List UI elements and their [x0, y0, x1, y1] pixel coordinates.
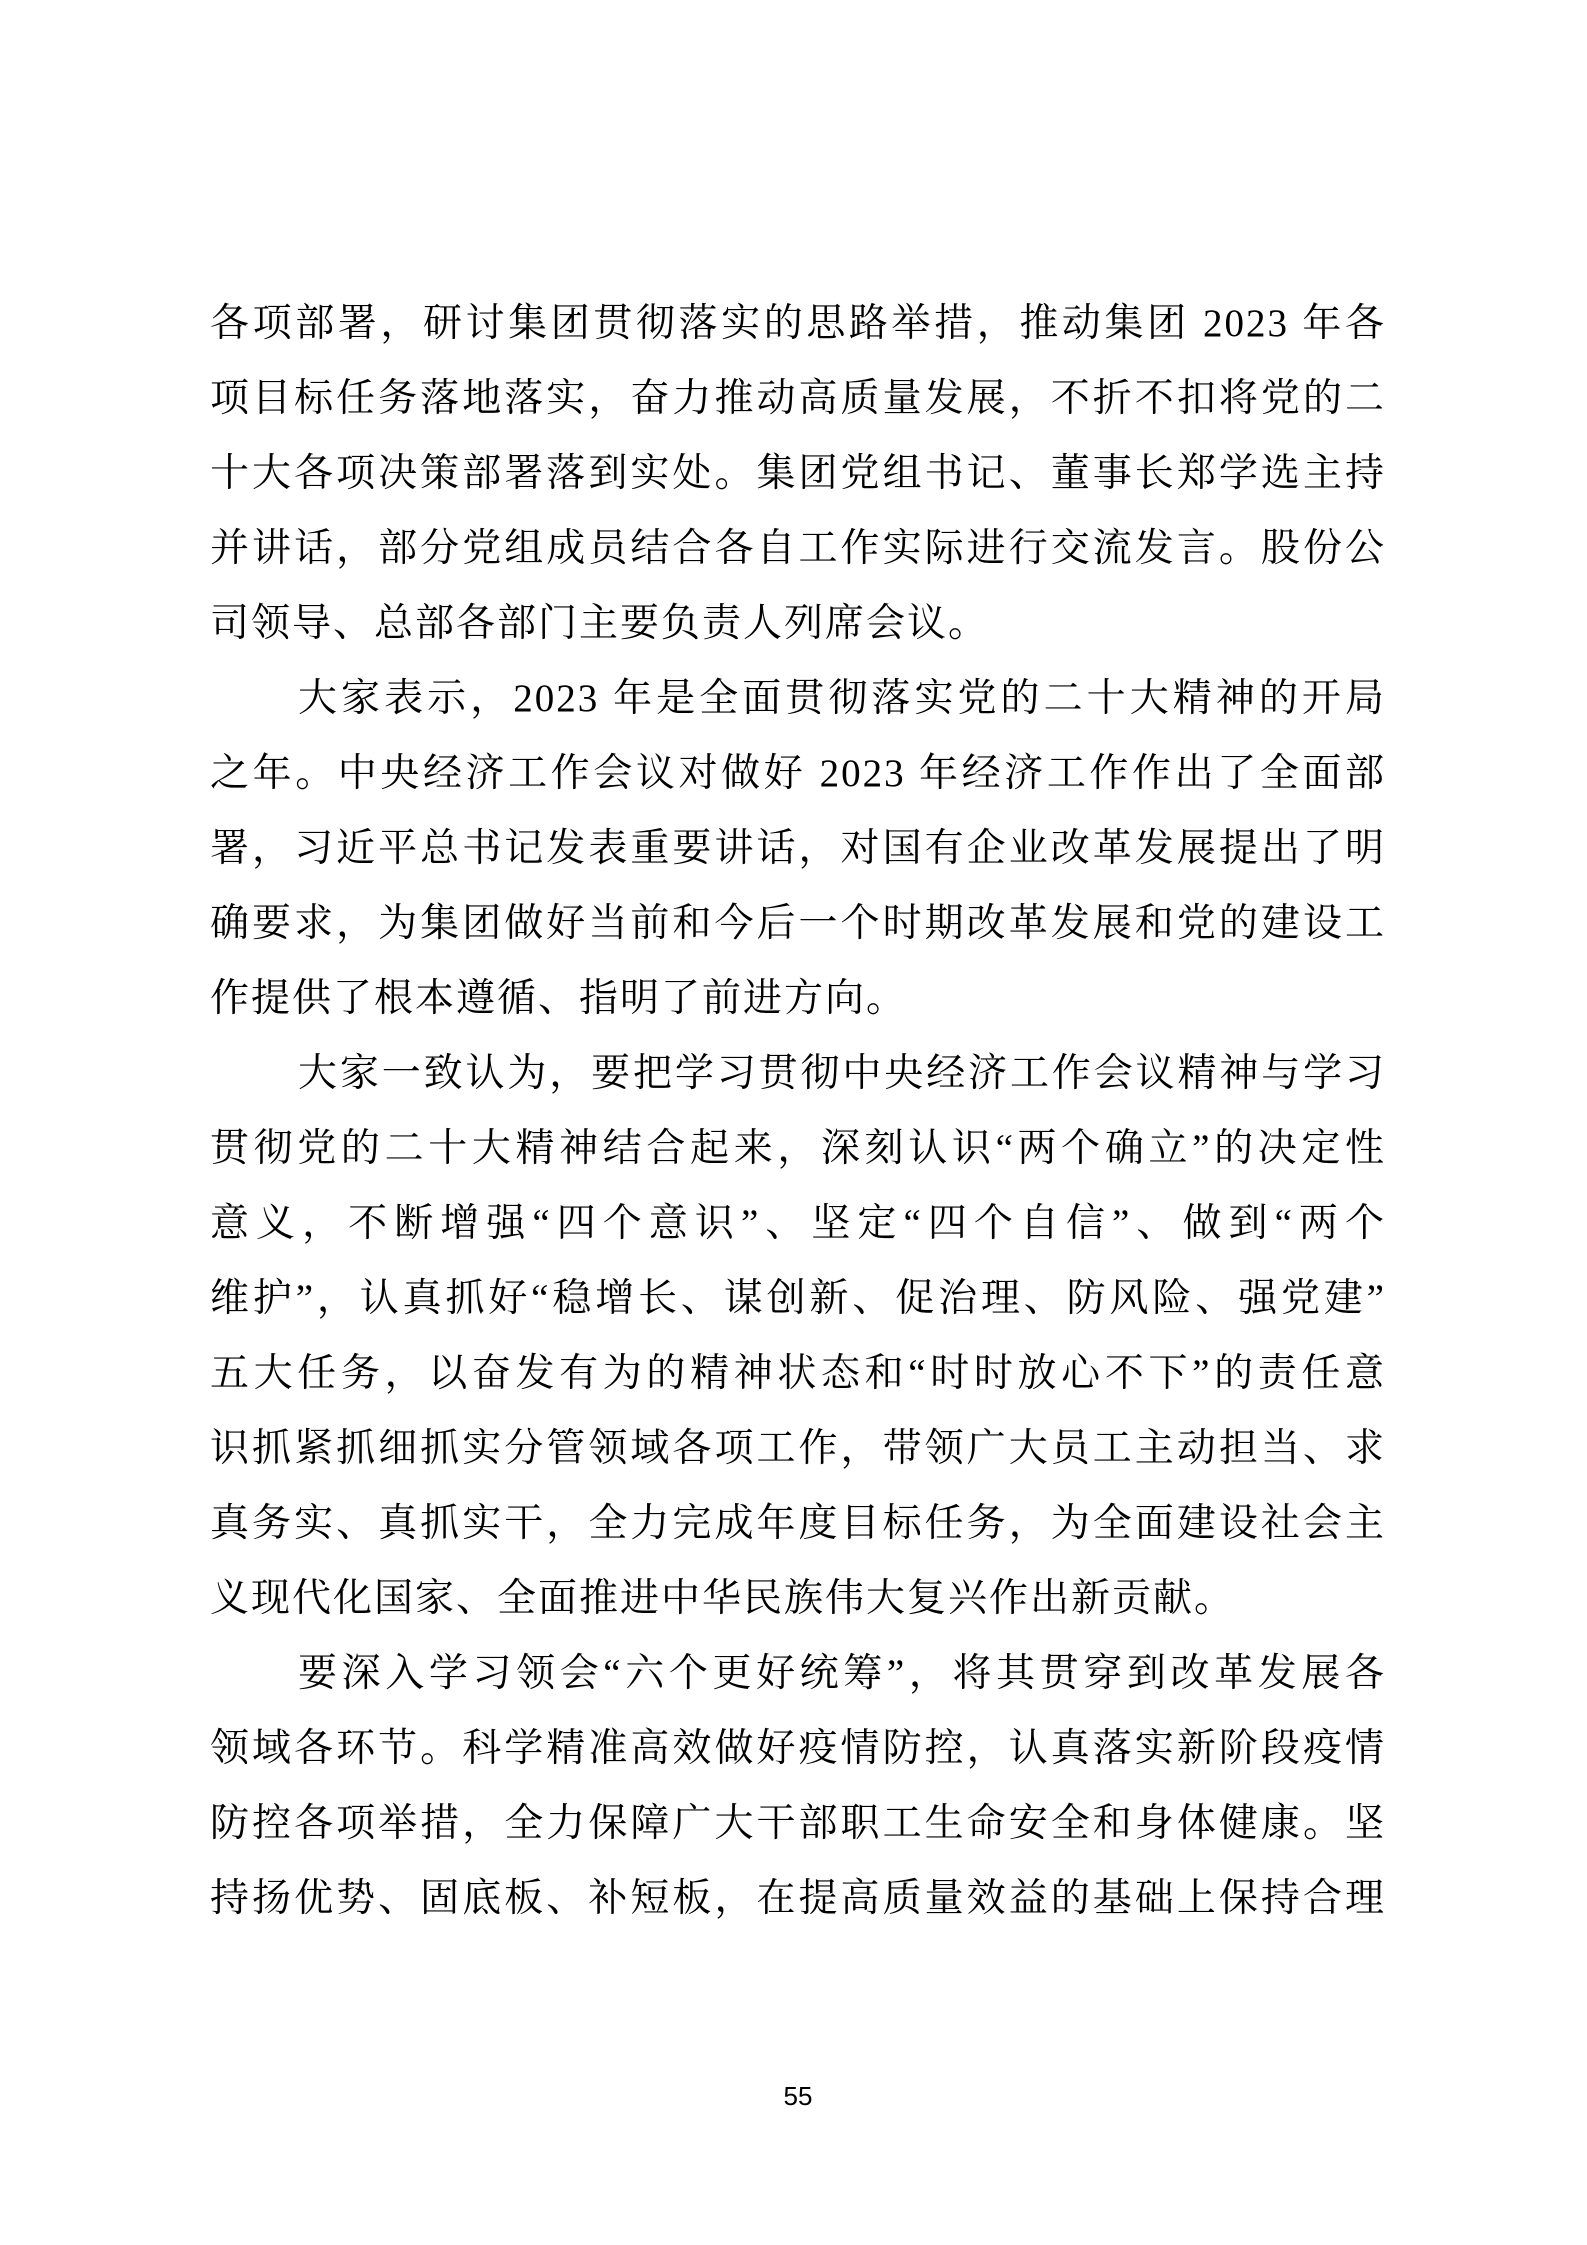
paragraph-line: 署，习近平总书记发表重要讲话，对国有企业改革发展提出了明: [210, 811, 1386, 886]
page-number: 55: [210, 2083, 1386, 2109]
paragraph-line: 五大任务，以奋发有为的精神状态和“时时放心不下”的责任意: [210, 1336, 1386, 1411]
paragraph-line: 司领导、总部各部门主要负责人列席会议。: [210, 586, 1386, 661]
paragraph-line: 大家一致认为，要把学习贯彻中央经济工作会议精神与学习: [210, 1036, 1386, 1111]
paragraph-line: 大家表示，2023 年是全面贯彻落实党的二十大精神的开局: [210, 661, 1386, 736]
paragraph-line: 意义，不断增强“四个意识”、坚定“四个自信”、做到“两个: [210, 1186, 1386, 1261]
paragraph-line: 持扬优势、固底板、补短板，在提高质量效益的基础上保持合理: [210, 1861, 1386, 1936]
paragraph-line: 防控各项举措，全力保障广大干部职工生命安全和身体健康。坚: [210, 1786, 1386, 1861]
paragraph-line: 之年。中央经济工作会议对做好 2023 年经济工作作出了全面部: [210, 736, 1386, 811]
paragraph-line: 维护”，认真抓好“稳增长、谋创新、促治理、防风险、强党建”: [210, 1261, 1386, 1336]
paragraph-line: 要深入学习领会“六个更好统筹”，将其贯穿到改革发展各: [210, 1636, 1386, 1711]
paragraph-line: 义现代化国家、全面推进中华民族伟大复兴作出新贡献。: [210, 1561, 1386, 1636]
paragraph-line: 各项部署，研讨集团贯彻落实的思路举措，推动集团 2023 年各: [210, 286, 1386, 361]
body-text: 各项部署，研讨集团贯彻落实的思路举措，推动集团 2023 年各 项目标任务落地落…: [210, 286, 1386, 1936]
paragraph-line: 领域各环节。科学精准高效做好疫情防控，认真落实新阶段疫情: [210, 1711, 1386, 1786]
paragraph-line: 确要求，为集团做好当前和今后一个时期改革发展和党的建设工: [210, 886, 1386, 961]
paragraph-line: 作提供了根本遵循、指明了前进方向。: [210, 961, 1386, 1036]
paragraph-line: 贯彻党的二十大精神结合起来，深刻认识“两个确立”的决定性: [210, 1111, 1386, 1186]
paragraph-line: 真务实、真抓实干，全力完成年度目标任务，为全面建设社会主: [210, 1486, 1386, 1561]
paragraph-line: 识抓紧抓细抓实分管领域各项工作，带领广大员工主动担当、求: [210, 1411, 1386, 1486]
document-page: 各项部署，研讨集团贯彻落实的思路举措，推动集团 2023 年各 项目标任务落地落…: [0, 0, 1587, 2245]
paragraph-line: 十大各项决策部署落到实处。集团党组书记、董事长郑学选主持: [210, 436, 1386, 511]
paragraph-line: 并讲话，部分党组成员结合各自工作实际进行交流发言。股份公: [210, 511, 1386, 586]
paragraph-line: 项目标任务落地落实，奋力推动高质量发展，不折不扣将党的二: [210, 361, 1386, 436]
